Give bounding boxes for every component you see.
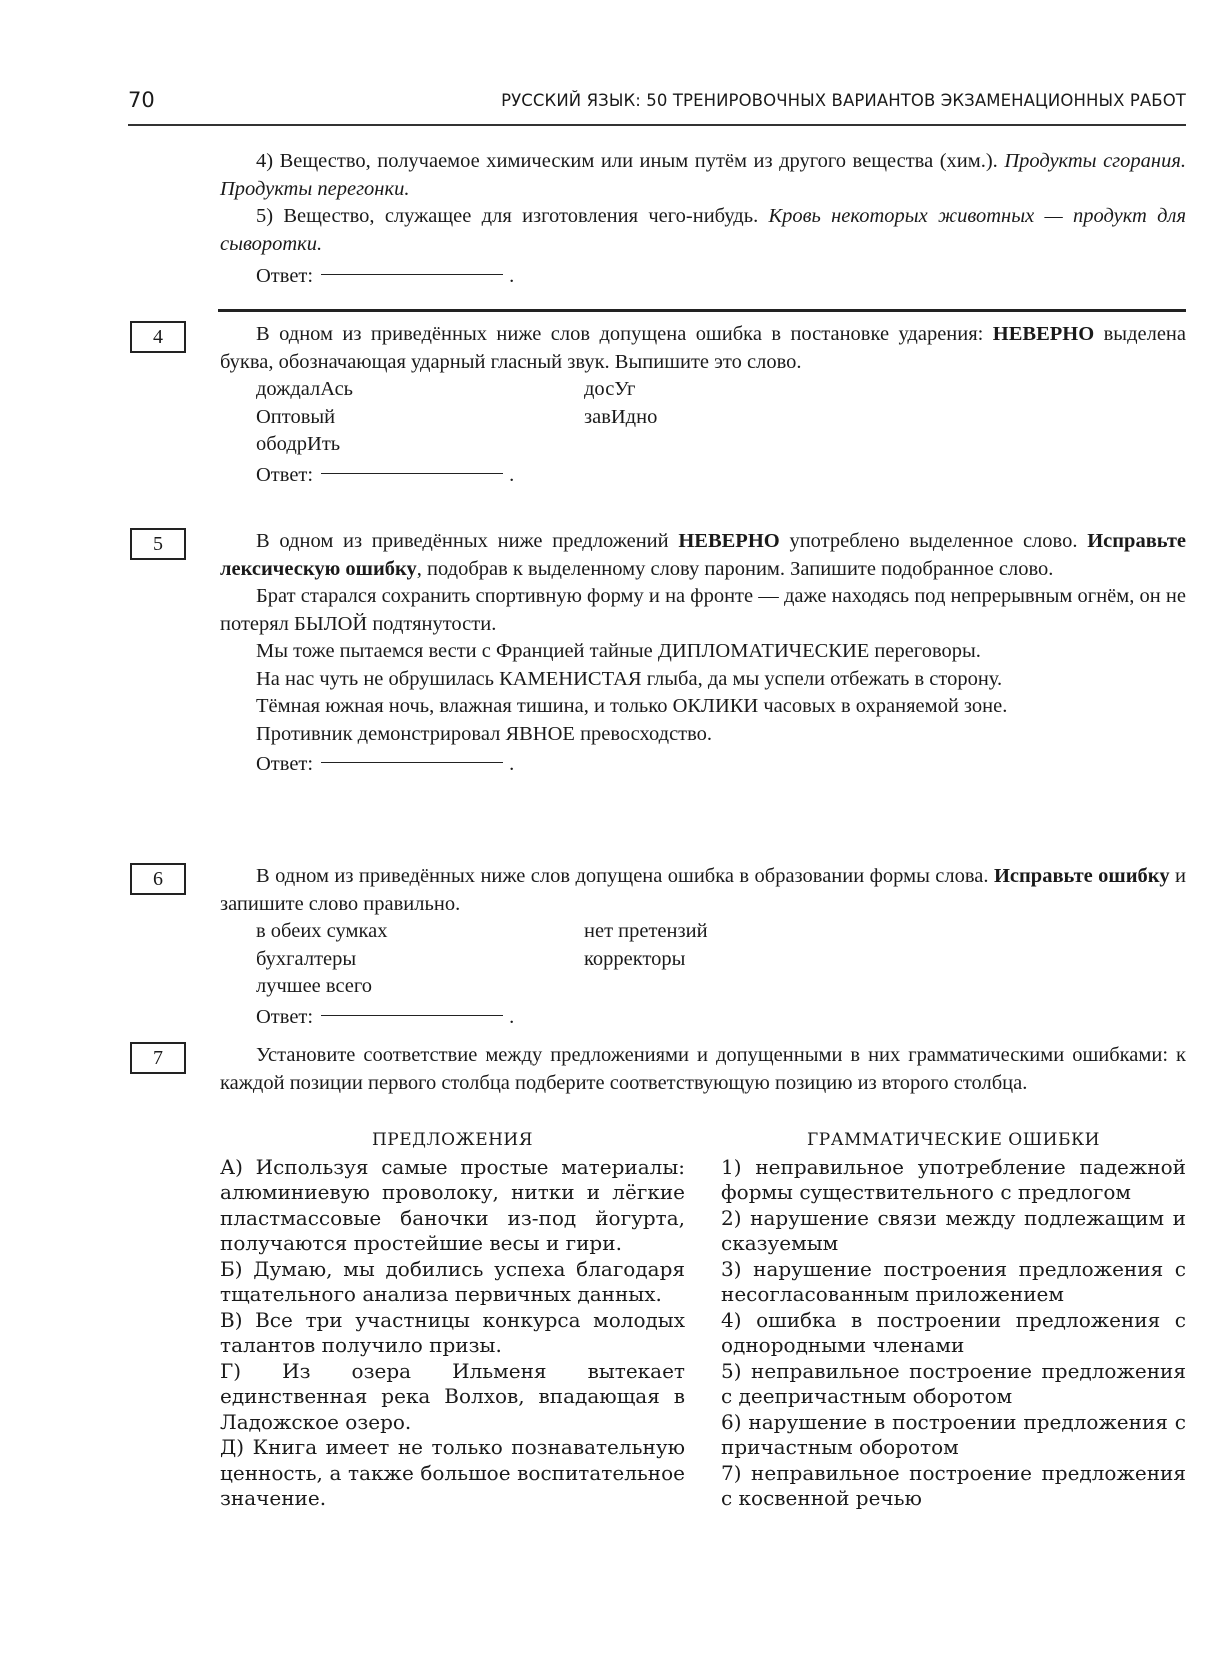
word-option: досУг: [584, 376, 884, 404]
instruction-text: , подобрав к выделенному слову пароним. …: [417, 558, 1054, 580]
answer-line[interactable]: [321, 473, 503, 474]
sentence-item: На нас чуть не обрушилась КАМЕНИСТАЯ глы…: [220, 666, 1186, 694]
instruction-text: В одном из приведённых ниже предложений: [256, 530, 678, 552]
word-option: [584, 431, 884, 459]
sentence-option: Б) Думаю, мы добились успеха благодаря т…: [220, 1257, 685, 1308]
answer-label: Ответ:: [256, 462, 313, 490]
error-option: 4) ошибка в построении предложения с одн…: [721, 1308, 1186, 1359]
matching-table: ПРЕДЛОЖЕНИЯ А) Используя самые простые м…: [220, 1128, 1186, 1512]
definition-text: 5) Вещество, служащее для изготовления ч…: [256, 205, 769, 227]
task-number-6: 6: [130, 863, 186, 895]
instruction-text: употреблено выделенное слово.: [780, 530, 1087, 552]
error-options: 1) неправильное употребление падежной фо…: [721, 1155, 1186, 1512]
instruction-bold: Исправьте ошибку: [994, 865, 1170, 887]
sentence-item: Тёмная южная ночь, влажная тишина, и тол…: [220, 693, 1186, 721]
sentence-option: Д) Книга имеет не только познавательную …: [220, 1435, 685, 1512]
header-rule: [128, 124, 1186, 126]
error-option: 3) нарушение построения предложения с не…: [721, 1257, 1186, 1308]
sentence-option: Г) Из озера Ильменя вытекает единственна…: [220, 1359, 685, 1436]
word-list: в обеих сумкахнет претензийбухгалтерыкор…: [256, 918, 1186, 1001]
sentence-item: Брат старался сохранить спортивную форму…: [220, 583, 1186, 638]
word-option: в обеих сумках: [256, 918, 584, 946]
answer-line[interactable]: [321, 274, 503, 275]
answer-field: Ответ:.: [256, 462, 1186, 490]
word-option: лучшее всего: [256, 973, 584, 1001]
task-number-7: 7: [130, 1042, 186, 1074]
word-option: бухгалтеры: [256, 946, 584, 974]
task-4: В одном из приведённых ниже слов допущен…: [220, 321, 1186, 489]
answer-field: Ответ:.: [256, 751, 1186, 779]
word-option: Оптовый: [256, 404, 584, 432]
word-option: [584, 973, 884, 1001]
word-option: завИдно: [584, 404, 884, 432]
task-number-4: 4: [130, 321, 186, 353]
section-divider: [218, 309, 1186, 312]
task-5: В одном из приведённых ниже предложений …: [220, 528, 1186, 779]
sentence-list: Брат старался сохранить спортивную форму…: [220, 583, 1186, 748]
sentences-column: ПРЕДЛОЖЕНИЯ А) Используя самые простые м…: [220, 1128, 685, 1512]
error-option: 2) нарушение связи между подлежащим и ск…: [721, 1206, 1186, 1257]
answer-field: Ответ:.: [256, 263, 1186, 291]
word-option: нет претензий: [584, 918, 884, 946]
error-option: 7) неправильное построение предложения с…: [721, 1461, 1186, 1512]
task-7-instruction: Установите соответствие между предложени…: [220, 1042, 1186, 1097]
sentence-item: Противник демонстрировал ЯВНОЕ превосход…: [220, 721, 1186, 749]
definition-text: 4) Вещество, получаемое химическим или и…: [256, 150, 1004, 172]
instruction-bold: НЕВЕРНО: [678, 530, 779, 552]
column-header: ГРАММАТИЧЕСКИЕ ОШИБКИ: [721, 1128, 1186, 1154]
answer-label: Ответ:: [256, 263, 313, 291]
task-6-instruction: В одном из приведённых ниже слов допущен…: [220, 863, 1186, 918]
error-option: 6) нарушение в построении предложения с …: [721, 1410, 1186, 1461]
definition-5: 5) Вещество, служащее для изготовления ч…: [220, 203, 1186, 258]
sentence-item: Мы тоже пытаемся вести с Францией тайные…: [220, 638, 1186, 666]
page-number: 70: [128, 88, 155, 112]
word-option: ободрИть: [256, 431, 584, 459]
sentence-option: А) Используя самые простые материалы: ал…: [220, 1155, 685, 1257]
task-number-5: 5: [130, 528, 186, 560]
answer-line[interactable]: [321, 1015, 503, 1016]
error-option: 1) неправильное употребление падежной фо…: [721, 1155, 1186, 1206]
errors-column: ГРАММАТИЧЕСКИЕ ОШИБКИ 1) неправильное уп…: [721, 1128, 1186, 1512]
page-header: 70 РУССКИЙ ЯЗЫК: 50 ТРЕНИРОВОЧНЫХ ВАРИАН…: [128, 86, 1186, 122]
running-title: РУССКИЙ ЯЗЫК: 50 ТРЕНИРОВОЧНЫХ ВАРИАНТОВ…: [501, 91, 1186, 110]
answer-label: Ответ:: [256, 751, 313, 779]
word-option: дождалАсь: [256, 376, 584, 404]
instruction-text: В одном из приведённых ниже слов допущен…: [256, 865, 994, 887]
instruction-text: В одном из приведённых ниже слов допущен…: [256, 323, 993, 345]
error-option: 5) неправильное построение предложения с…: [721, 1359, 1186, 1410]
instruction-bold: НЕВЕРНО: [993, 323, 1094, 345]
sentence-options: А) Используя самые простые материалы: ал…: [220, 1155, 685, 1512]
word-list: дождалАсьдосУгОптовыйзавИдноободрИть: [256, 376, 1186, 459]
sentence-option: В) Все три участницы конкурса молодых та…: [220, 1308, 685, 1359]
word-option: корректоры: [584, 946, 884, 974]
task-6: В одном из приведённых ниже слов допущен…: [220, 863, 1186, 1031]
answer-field: Ответ:.: [256, 1004, 1186, 1032]
definition-4: 4) Вещество, получаемое химическим или и…: [220, 148, 1186, 203]
answer-line[interactable]: [321, 762, 503, 763]
answer-label: Ответ:: [256, 1004, 313, 1032]
task-5-instruction: В одном из приведённых ниже предложений …: [220, 528, 1186, 583]
task-4-instruction: В одном из приведённых ниже слов допущен…: [220, 321, 1186, 376]
task3-continuation: 4) Вещество, получаемое химическим или и…: [220, 148, 1186, 291]
task-7: Установите соответствие между предложени…: [220, 1042, 1186, 1097]
column-header: ПРЕДЛОЖЕНИЯ: [220, 1128, 685, 1154]
